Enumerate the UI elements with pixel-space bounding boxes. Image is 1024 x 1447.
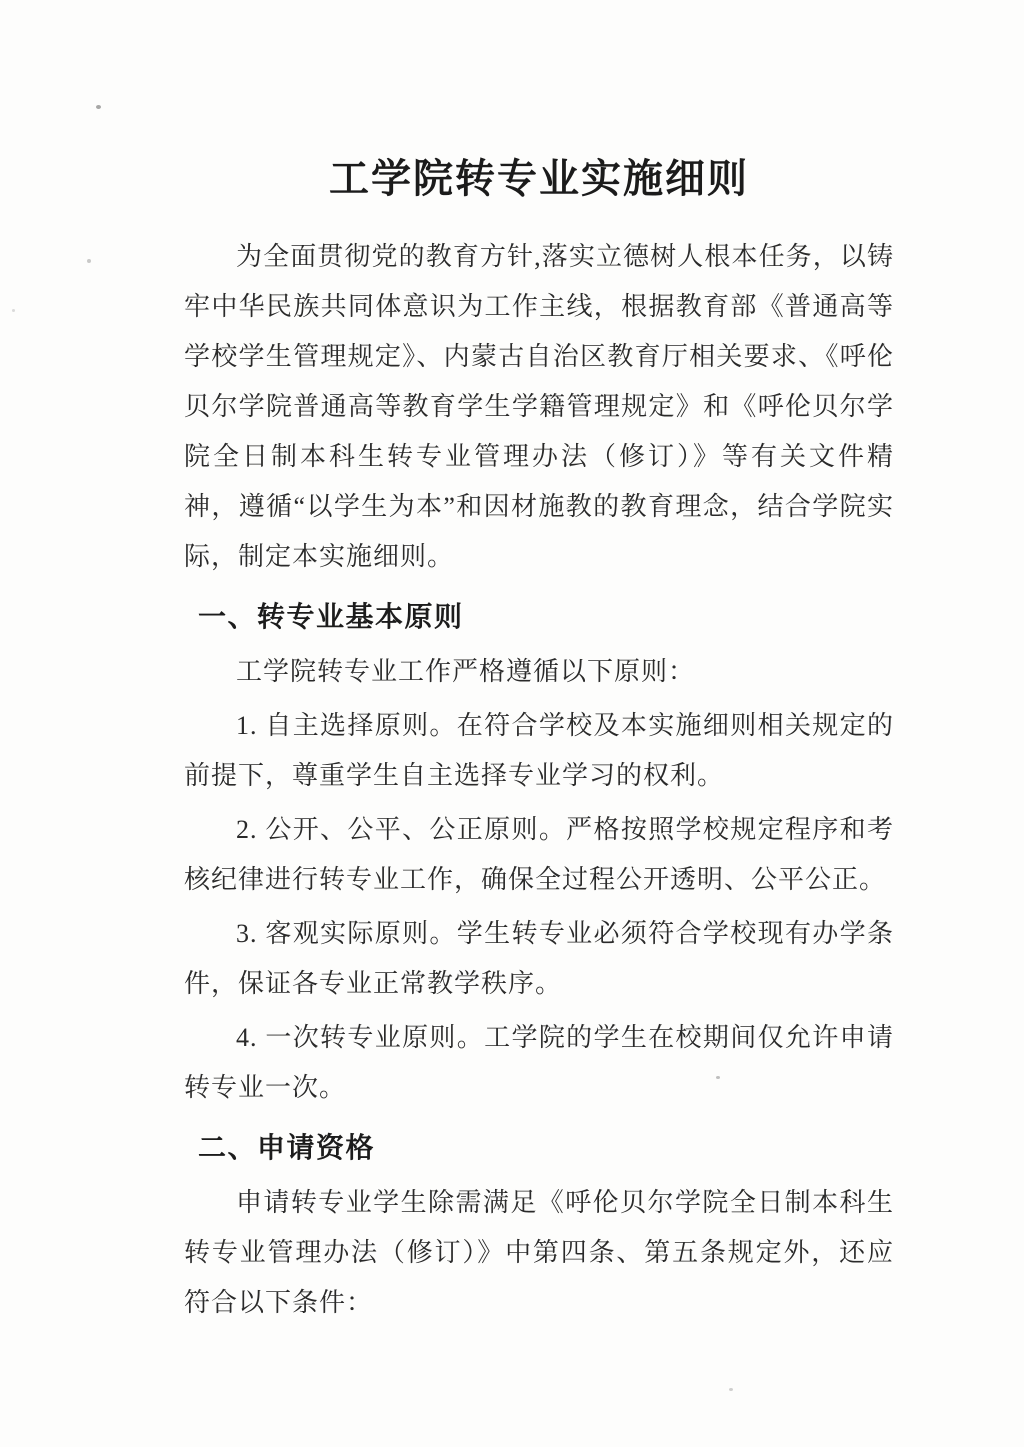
section-2-lead: 申请转专业学生除需满足《呼伦贝尔学院全日制本科生转专业管理办法（修订）》中第四条… xyxy=(184,1178,894,1328)
scan-speck xyxy=(87,259,91,263)
section-2-heading: 二、申请资格 xyxy=(184,1122,894,1174)
document-page: 工学院转专业实施细则 为全面贯彻党的教育方针,落实立德树人根本任务，以铸牢中华民… xyxy=(0,0,1024,1447)
section-1-heading: 一、转专业基本原则 xyxy=(184,591,894,643)
principle-item-4: 4. 一次转专业原则。工学院的学生在校期间仅允许申请转专业一次。 xyxy=(184,1013,894,1113)
intro-paragraph: 为全面贯彻党的教育方针,落实立德树人根本任务，以铸牢中华民族共同体意识为工作主线… xyxy=(184,232,894,582)
document-content: 工学院转专业实施细则 为全面贯彻党的教育方针,落实立德树人根本任务，以铸牢中华民… xyxy=(184,148,894,1328)
principle-item-2: 2. 公开、公平、公正原则。严格按照学校规定程序和考核纪律进行转专业工作，确保全… xyxy=(184,805,894,905)
scan-speck xyxy=(96,105,101,109)
section-1-lead: 工学院转专业工作严格遵循以下原则： xyxy=(184,647,894,697)
principle-item-1: 1. 自主选择原则。在符合学校及本实施细则相关规定的前提下，尊重学生自主选择专业… xyxy=(184,701,894,801)
scan-speck xyxy=(12,309,15,312)
principle-item-3: 3. 客观实际原则。学生转专业必须符合学校现有办学条件，保证各专业正常教学秩序。 xyxy=(184,909,894,1009)
document-title: 工学院转专业实施细则 xyxy=(184,148,894,210)
scan-speck xyxy=(729,1388,733,1391)
